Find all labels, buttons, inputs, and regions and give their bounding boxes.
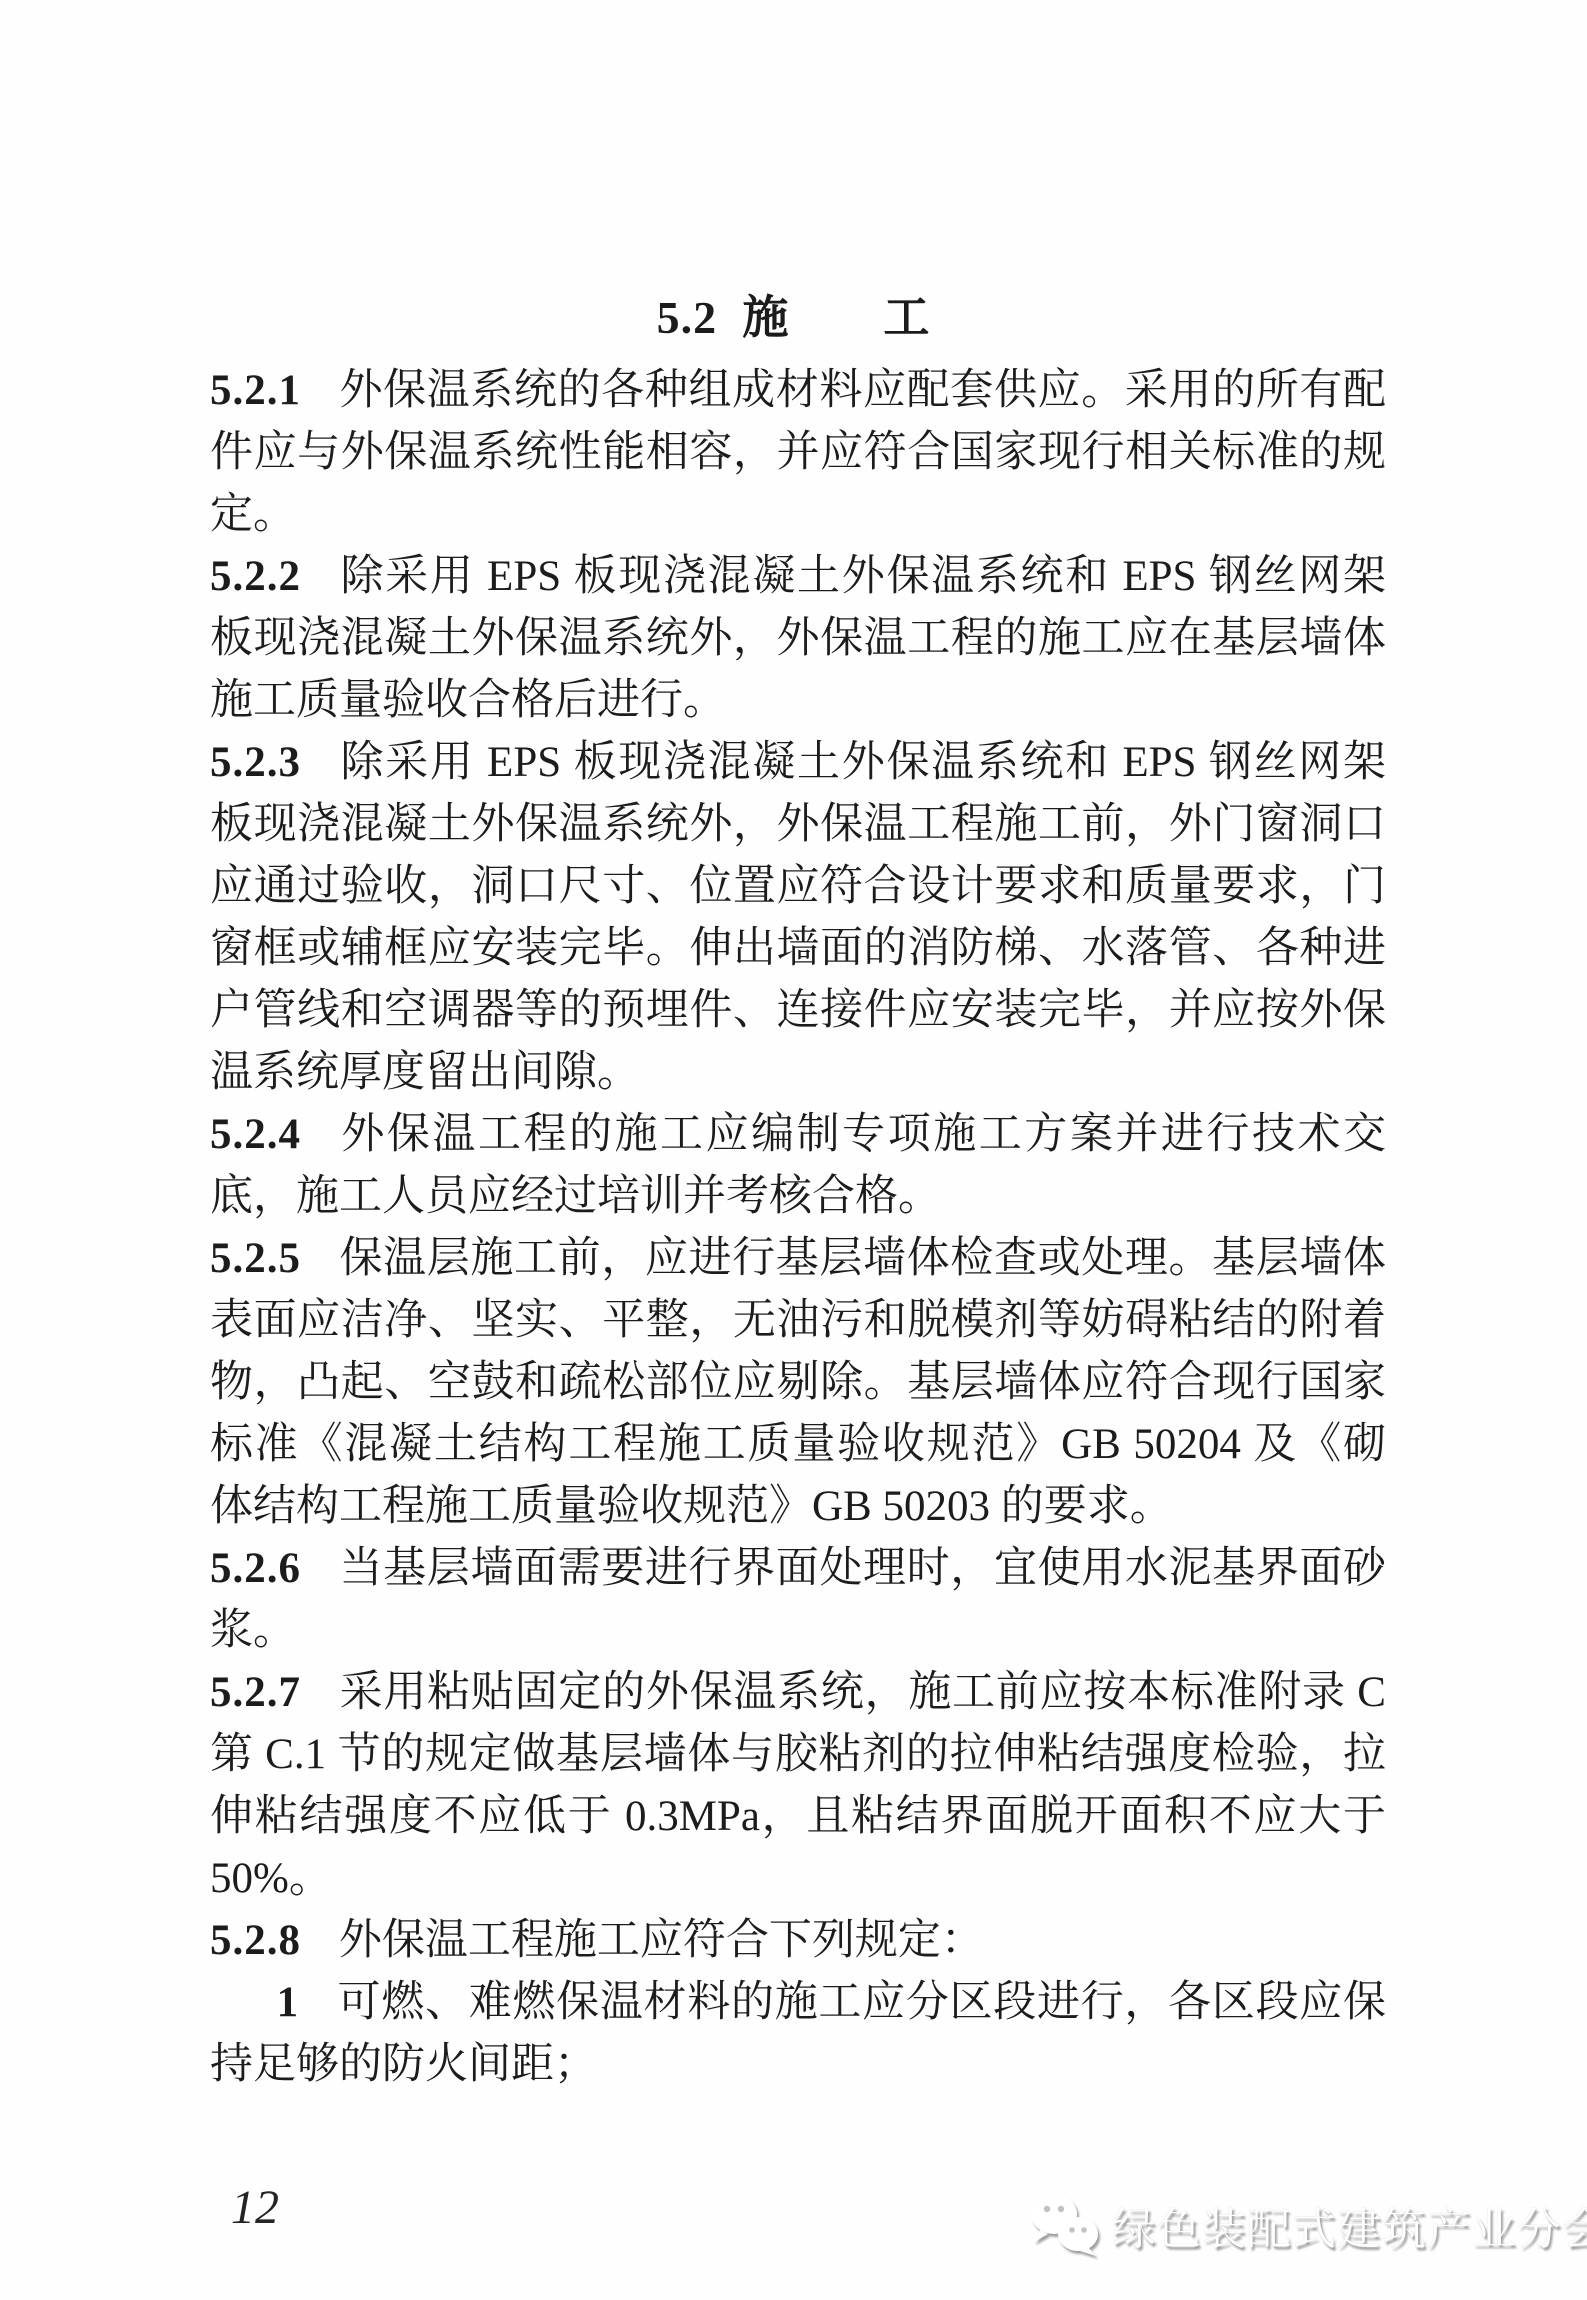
subitem-text: 可燃、难燃保温材料的施工应分区段进行，各区段应保持足够的防火间距； xyxy=(210,1979,1386,2088)
clause-5-2-2: 5.2.2除采用 EPS 板现浇混凝土外保温系统和 EPS 钢丝网架板现浇混凝土… xyxy=(210,546,1386,732)
clause-text: 外保温工程施工应符合下列规定： xyxy=(339,1917,984,1964)
clause-text: 保温层施工前，应进行基层墙体检查或处理。基层墙体表面应洁净、坚实、平整，无油污和… xyxy=(210,1235,1386,1530)
document-page: 5.2施 工 5.2.1外保温系统的各种组成材料应配套供应。采用的所有配件应与外… xyxy=(0,0,1587,2300)
clause-text: 当基层墙面需要进行界面处理时，宜使用水泥基界面砂浆。 xyxy=(210,1545,1386,1654)
clause-5-2-7: 5.2.7采用粘贴固定的外保温系统，施工前应按本标准附录 C 第 C.1 节的规… xyxy=(210,1662,1386,1910)
clause-5-2-8: 5.2.8外保温工程施工应符合下列规定： xyxy=(210,1910,1386,1972)
clause-number: 5.2.3 xyxy=(210,739,301,786)
clause-5-2-3: 5.2.3除采用 EPS 板现浇混凝土外保温系统和 EPS 钢丝网架板现浇混凝土… xyxy=(210,732,1386,1104)
clause-5-2-8-item-1: 1可燃、难燃保温材料的施工应分区段进行，各区段应保持足够的防火间距； xyxy=(210,1972,1386,2096)
clause-number: 5.2.5 xyxy=(210,1235,301,1282)
subitem-number: 1 xyxy=(277,1979,299,2026)
clause-list: 5.2.1外保温系统的各种组成材料应配套供应。采用的所有配件应与外保温系统性能相… xyxy=(210,360,1386,2096)
wechat-icon xyxy=(1028,2192,1102,2258)
page-number: 12 xyxy=(231,2180,279,2235)
section-heading: 5.2施 工 xyxy=(0,281,1587,347)
section-title: 施 工 xyxy=(742,292,930,343)
section-number: 5.2 xyxy=(657,292,718,343)
clause-number: 5.2.1 xyxy=(210,367,301,414)
clause-number: 5.2.6 xyxy=(210,1545,301,1592)
clause-text: 采用粘贴固定的外保温系统，施工前应按本标准附录 C 第 C.1 节的规定做基层墙… xyxy=(210,1669,1386,1902)
clause-5-2-1: 5.2.1外保温系统的各种组成材料应配套供应。采用的所有配件应与外保温系统性能相… xyxy=(210,360,1386,546)
clause-number: 5.2.7 xyxy=(210,1669,301,1716)
watermark-text: 绿色装配式建筑产业分会 xyxy=(1112,2193,1587,2257)
clause-text: 外保温系统的各种组成材料应配套供应。采用的所有配件应与外保温系统性能相容，并应符… xyxy=(210,367,1386,538)
clause-5-2-4: 5.2.4外保温工程的施工应编制专项施工方案并进行技术交底，施工人员应经过培训并… xyxy=(210,1104,1386,1228)
clause-5-2-6: 5.2.6当基层墙面需要进行界面处理时，宜使用水泥基界面砂浆。 xyxy=(210,1538,1386,1662)
footer-watermark: 绿色装配式建筑产业分会 xyxy=(1028,2192,1587,2258)
clause-number: 5.2.2 xyxy=(210,553,301,600)
clause-text: 外保温工程的施工应编制专项施工方案并进行技术交底，施工人员应经过培训并考核合格。 xyxy=(210,1111,1386,1220)
clause-text: 除采用 EPS 板现浇混凝土外保温系统和 EPS 钢丝网架板现浇混凝土外保温系统… xyxy=(210,553,1386,724)
clause-number: 5.2.8 xyxy=(210,1917,301,1964)
clause-number: 5.2.4 xyxy=(210,1111,301,1158)
clause-text: 除采用 EPS 板现浇混凝土外保温系统和 EPS 钢丝网架板现浇混凝土外保温系统… xyxy=(210,739,1386,1096)
clause-5-2-5: 5.2.5保温层施工前，应进行基层墙体检查或处理。基层墙体表面应洁净、坚实、平整… xyxy=(210,1228,1386,1538)
